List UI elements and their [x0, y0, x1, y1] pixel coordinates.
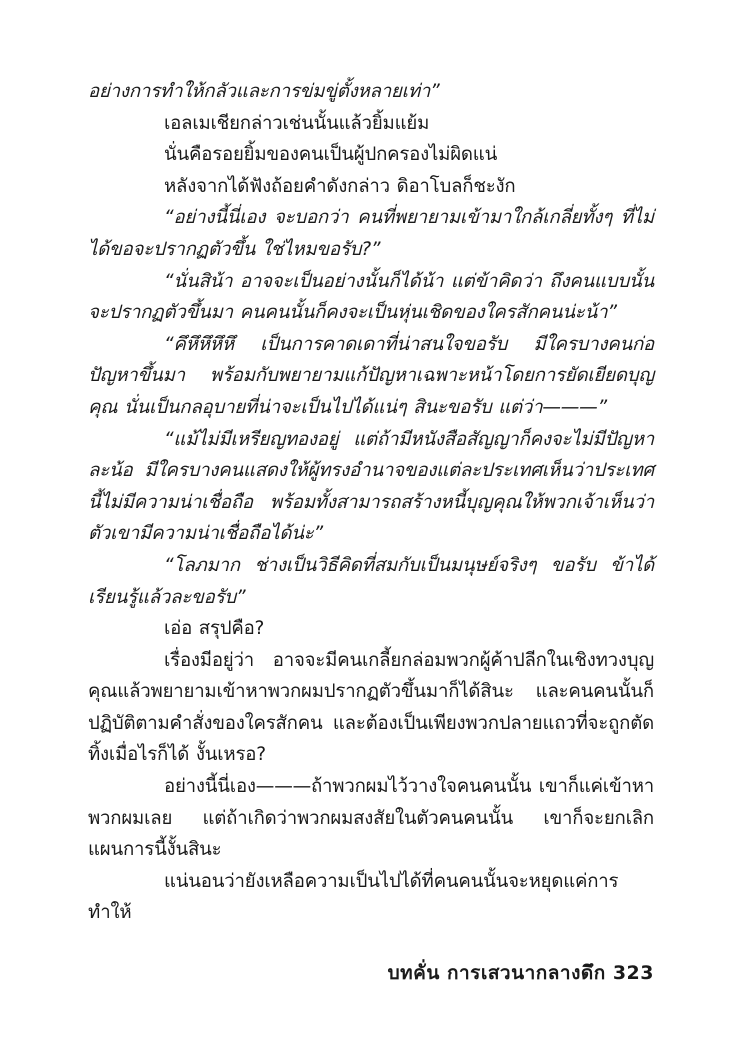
- page-body: อย่างการทำให้กลัวและการข่มขู่ตั้งหลายเท่…: [88, 76, 654, 929]
- paragraph-dialogue: “นั่นสิน้า อาจจะเป็นอย่างนั้นก็ได้น้า แต…: [88, 266, 654, 329]
- paragraph-narration: อย่างนี้นี่เอง———ถ้าพวกผมไว้วางใจคนคนนั้…: [88, 771, 654, 866]
- paragraph-dialogue: “คึหึหึหึหึ เป็นการคาดเดาที่น่าสนใจขอรับ…: [88, 329, 654, 424]
- paragraph-narration: เอลเมเชียกล่าวเช่นนั้นแล้วยิ้มแย้ม: [88, 108, 654, 140]
- paragraph-dialogue: “แม้ไม่มีเหรียญทองอยู่ แต่ถ้ามีหนังสือสั…: [88, 424, 654, 550]
- paragraph-narration: เอ่อ สรุปคือ?: [88, 613, 654, 645]
- paragraph-dialogue: “อย่างนี้นี่เอง จะบอกว่า คนที่พยายามเข้า…: [88, 202, 654, 265]
- page-footer: บทคั่น การเสวนากลางดึก 323: [388, 958, 654, 988]
- paragraph-narration: แน่นอนว่ายังเหลือความเป็นไปได้ที่คนคนนั้…: [88, 866, 654, 929]
- paragraph-continuation: อย่างการทำให้กลัวและการข่มขู่ตั้งหลายเท่…: [88, 76, 654, 108]
- running-title: บทคั่น การเสวนากลางดึก: [388, 962, 606, 984]
- paragraph-narration: นั่นคือรอยยิ้มของคนเป็นผู้ปกครองไม่ผิดแน…: [88, 139, 654, 171]
- paragraph-narration: หลังจากได้ฟังถ้อยคำดังกล่าว ดิอาโบลก็ชะง…: [88, 171, 654, 203]
- paragraph-dialogue: “โลภมาก ช่างเป็นวิธีคิดที่สมกับเป็นมนุษย…: [88, 550, 654, 613]
- paragraph-narration: เรื่องมีอยู่ว่า อาจจะมีคนเกลี้ยกล่อมพวกผ…: [88, 645, 654, 771]
- page-number: 323: [613, 962, 654, 984]
